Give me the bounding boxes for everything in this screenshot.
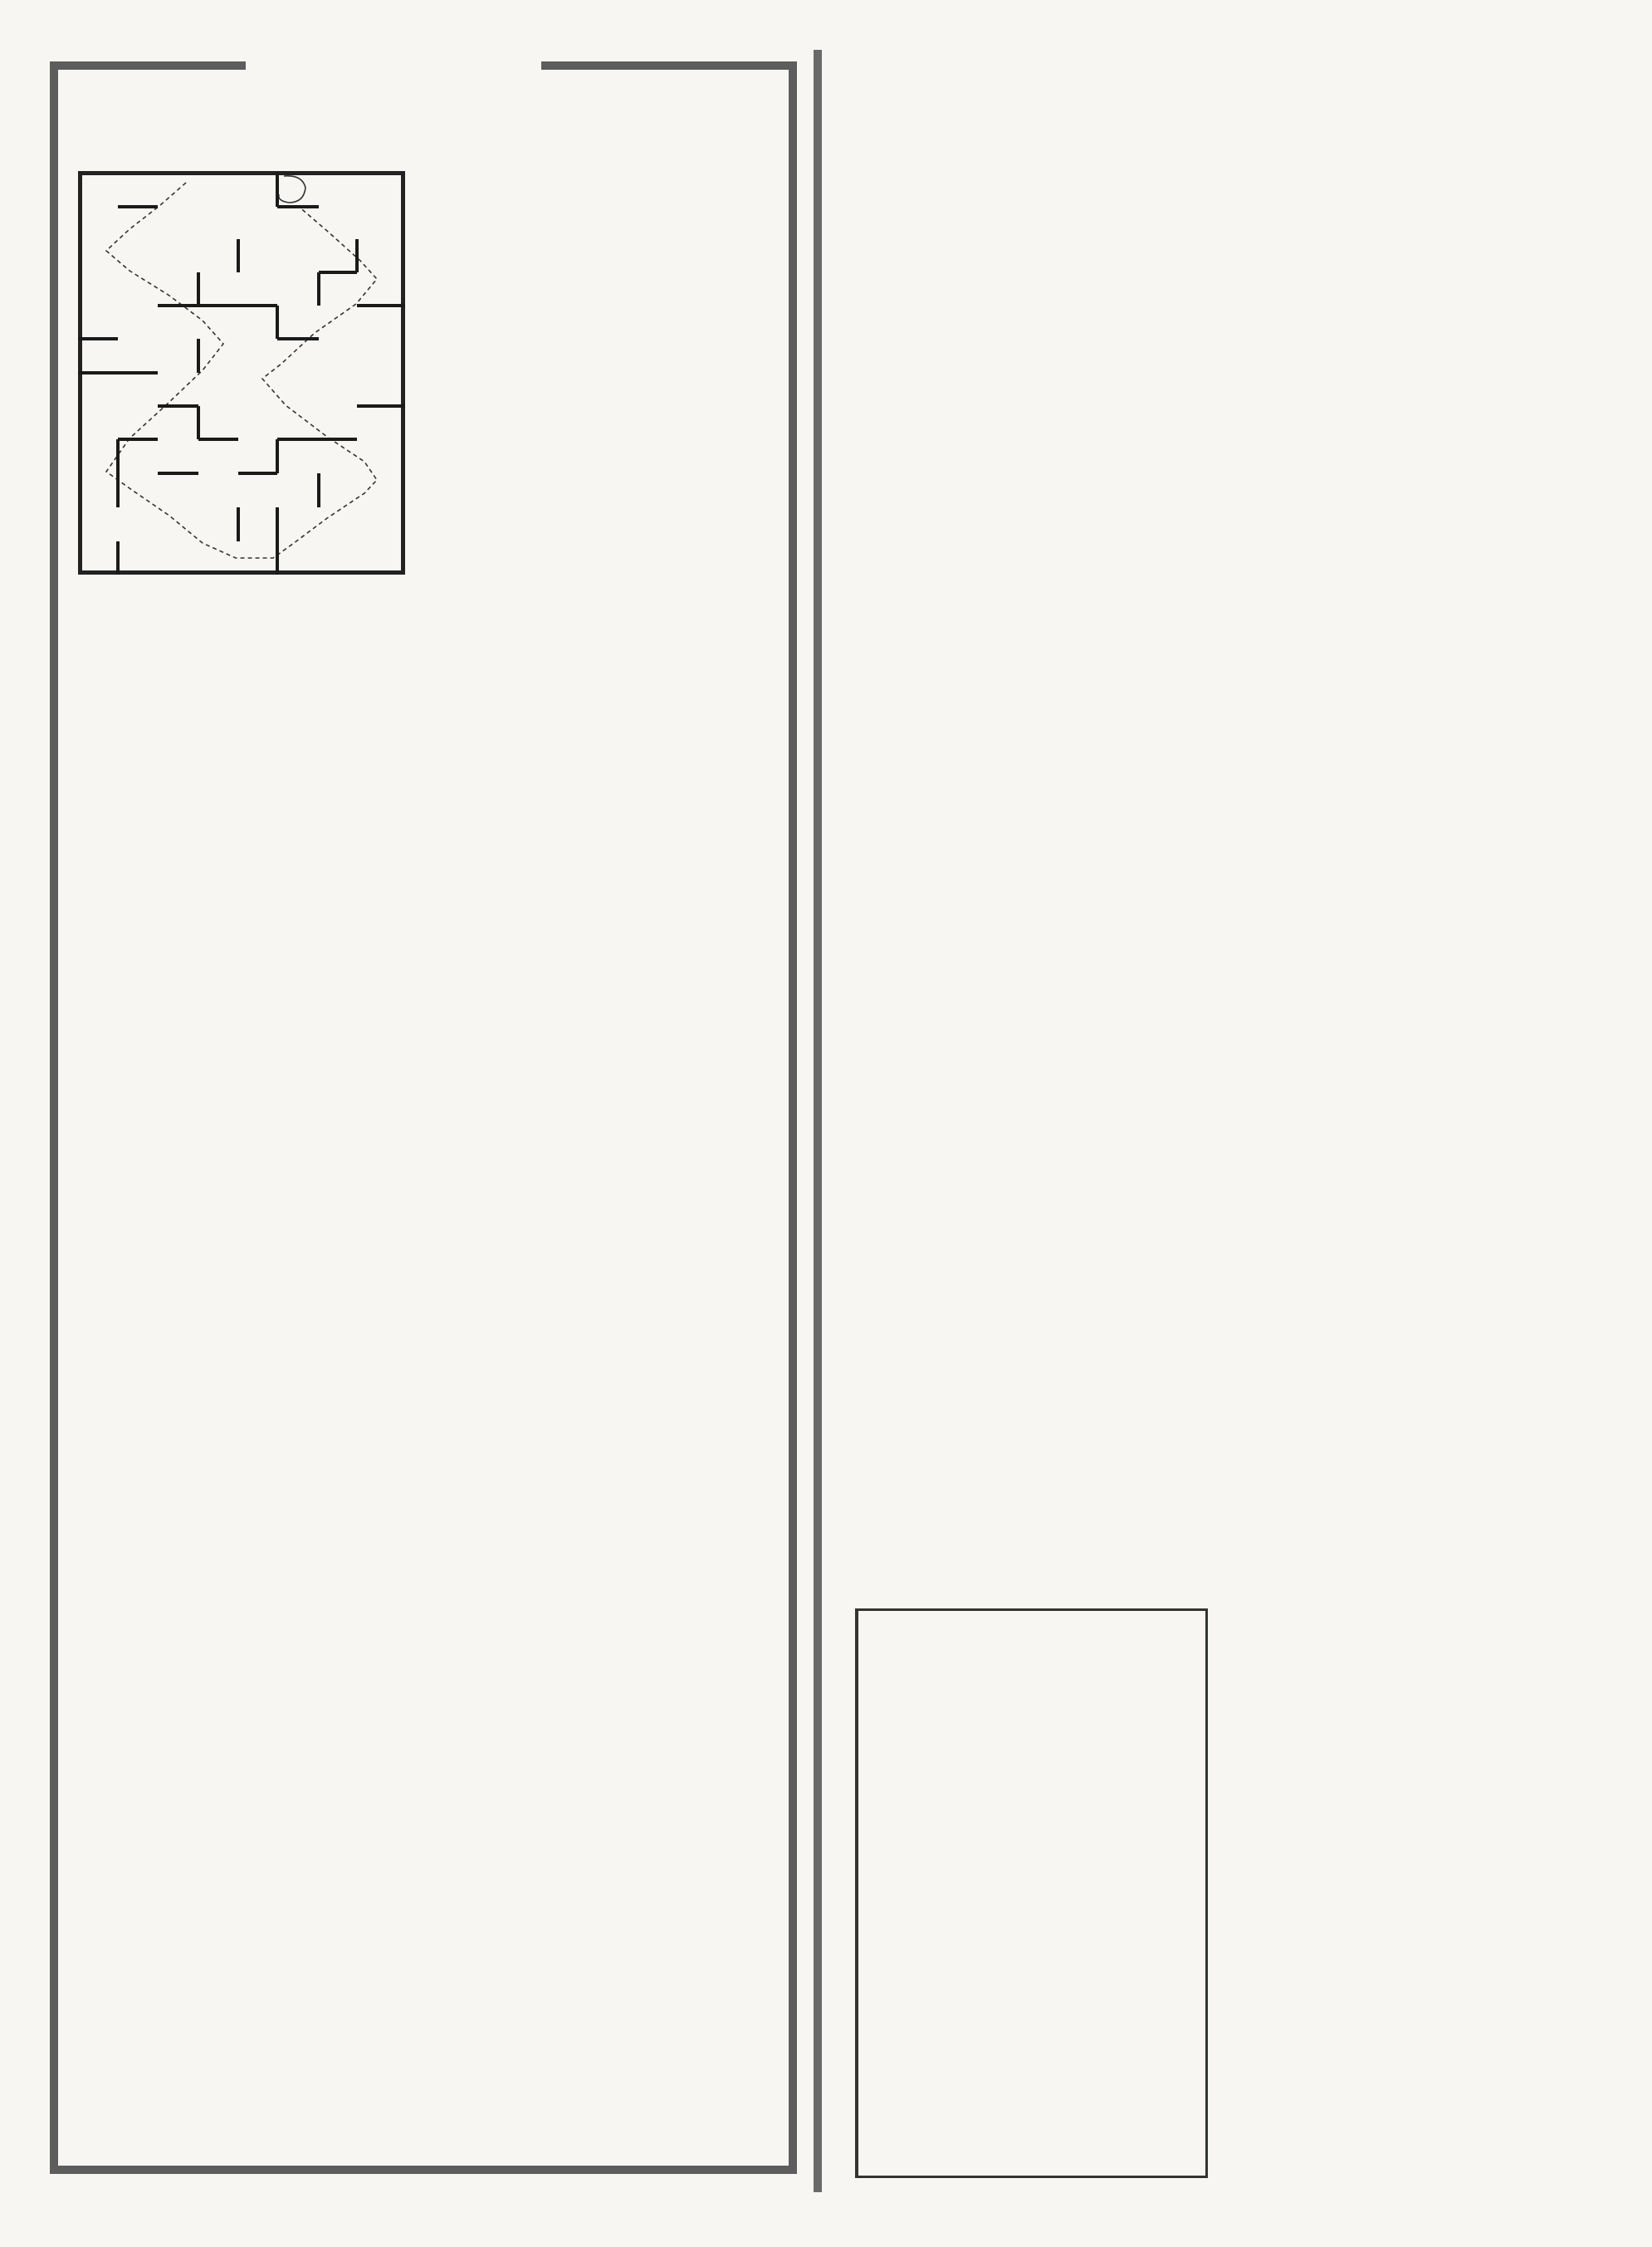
solutions-block xyxy=(63,1435,764,1442)
spruch-clues-column xyxy=(78,590,406,596)
article-column-1 xyxy=(855,204,1208,223)
puzzles-right-column xyxy=(428,108,769,116)
column-separator xyxy=(814,50,822,2192)
dinner-menu-box xyxy=(855,1608,1208,2178)
crossword-grid xyxy=(78,171,405,575)
article-column-2 xyxy=(1247,25,1614,53)
